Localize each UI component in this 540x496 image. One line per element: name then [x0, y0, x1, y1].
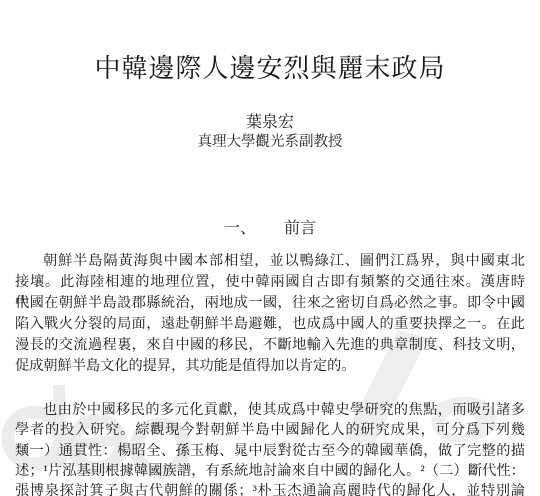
paragraph-intro: 朝鮮半島隔黃海與中國本部相望，並以鴨綠江、圖們江爲界，與中國東北 接壤。此海陸相…: [15, 251, 525, 377]
section-heading: 一、前言: [0, 215, 540, 238]
text-line: 也由於中國移民的多元化貢獻，使其成爲中韓史學研究的焦點，而吸引諸多: [15, 400, 525, 420]
document-page: 中韓邊際人邊安烈與麗末政局 葉泉宏 真理大學觀光系副教授 一、前言 朝鮮半島隔黃…: [0, 0, 540, 496]
text-line: 學者的投入研究。綜觀現今對朝鮮半島中國歸化人的研究成果，可分爲下列幾類：: [15, 420, 525, 440]
text-line: 朝鮮半島隔黃海與中國本部相望，並以鴨綠江、圖們江爲界，與中國東北: [15, 251, 525, 272]
text-line: 中國在朝鮮半島設郡縣統治，兩地成一國，往來之密切自爲必然之事。即令中國: [15, 293, 525, 314]
section-number: 一、: [224, 220, 256, 237]
text-line: （一）通貫性：楊昭全、孫玉梅、晁中辰對從古至今的韓國華僑，做了完整的描: [15, 441, 525, 461]
text-line: 漫長的交流過程裏，來自中國的移民，不斷地輸入先進的典章制度、科技文明，: [15, 335, 525, 356]
section-title: 前言: [284, 220, 316, 237]
author-name: 葉泉宏: [0, 109, 540, 132]
text-line: 促成朝鮮半島文化的提昇，其功能是值得加以肯定的。: [15, 356, 525, 377]
page-title: 中韓邊際人邊安烈與麗末政局: [0, 48, 540, 85]
text-line: 張博泉探討箕子與古代朝鮮的關係；³朴玉杰通論高麗時代的歸化人，並特別論: [15, 481, 525, 496]
paragraph-literature-review: 也由於中國移民的多元化貢獻，使其成爲中韓史學研究的焦點，而吸引諸多 學者的投入研…: [15, 400, 525, 496]
text-line: 接壤。此海陸相連的地理位置，使中韓兩國自古即有頻繁的交通往來。漢唐時代，: [15, 272, 525, 293]
author-affiliation: 真理大學觀光系副教授: [0, 130, 540, 151]
text-line: 述；¹片泓基則根據韓國族譜，有系統地討論來自中國的歸化人。²（二）斷代性：: [15, 461, 525, 481]
text-line: 陷入戰火分裂的局面，遠赴朝鮮半島避難，也成爲中國人的重要抉擇之一。在此: [15, 314, 525, 335]
